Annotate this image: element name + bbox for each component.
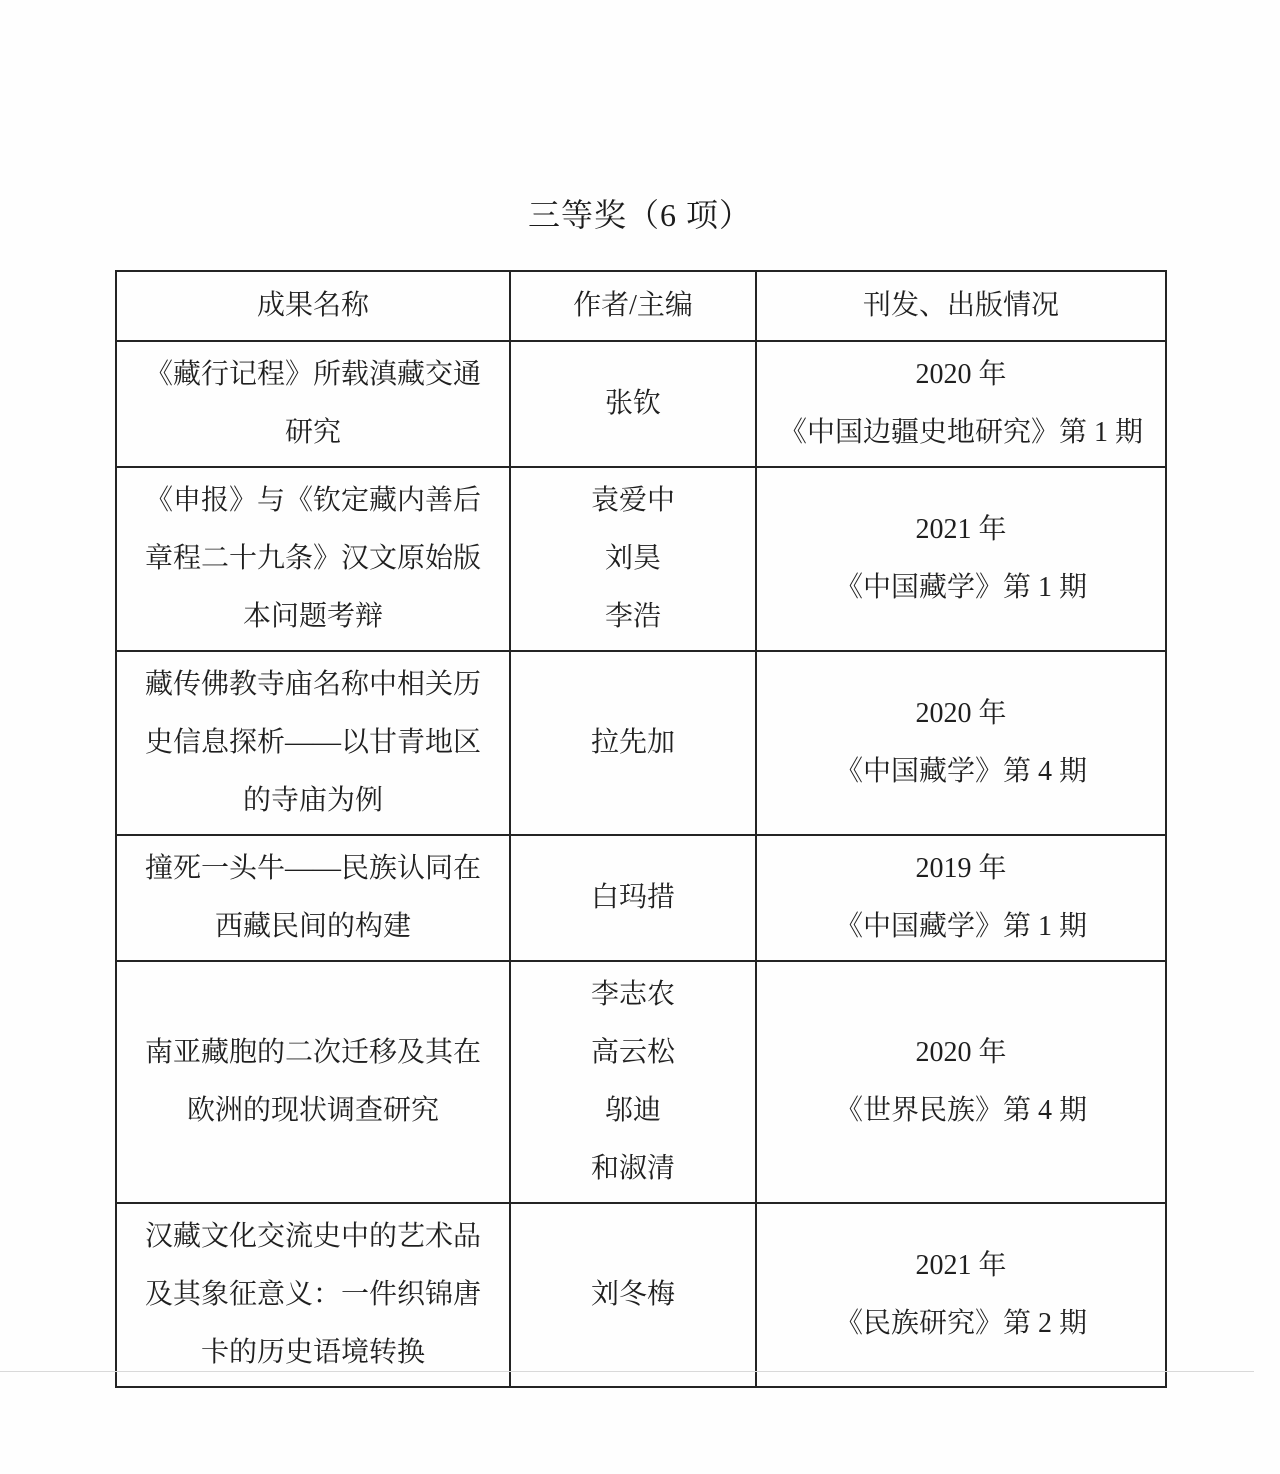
page-title: 三等奖（6 项） (0, 0, 1280, 236)
result-name-cell: 南亚藏胞的二次迁移及其在 欧洲的现状调查研究 (116, 961, 510, 1203)
publication-line: 《世界民族》第 4 期 (763, 1082, 1159, 1140)
result-name-line: 西藏民间的构建 (123, 898, 503, 956)
result-name-line: 卡的历史语境转换 (123, 1324, 503, 1382)
authors-cell: 李志农 高云松 邬迪 和淑清 (510, 961, 756, 1203)
result-name-cell: 《藏行记程》所载滇藏交通 研究 (116, 341, 510, 467)
publication-cell: 2019 年 《中国藏学》第 1 期 (756, 835, 1166, 961)
publication-line: 《中国藏学》第 1 期 (763, 898, 1159, 956)
result-name-line: 的寺庙为例 (123, 772, 503, 830)
result-name-cell: 《申报》与《钦定藏内善后 章程二十九条》汉文原始版 本问题考辩 (116, 467, 510, 651)
author-name: 刘冬梅 (517, 1266, 749, 1324)
author-name: 张钦 (517, 375, 749, 433)
publication-line: 《中国藏学》第 4 期 (763, 743, 1159, 801)
header-author-editor: 作者/主编 (510, 271, 756, 341)
result-name-line: 欧洲的现状调查研究 (123, 1082, 503, 1140)
result-name-line: 《藏行记程》所载滇藏交通 (123, 346, 503, 404)
publication-line: 《民族研究》第 2 期 (763, 1295, 1159, 1353)
publication-line: 2020 年 (763, 1024, 1159, 1082)
table-row: 《申报》与《钦定藏内善后 章程二十九条》汉文原始版 本问题考辩 袁爱中 刘昊 李… (116, 467, 1166, 651)
result-name-line: 撞死一头牛——民族认同在 (123, 840, 503, 898)
result-name-cell: 汉藏文化交流史中的艺术品 及其象征意义：一件织锦唐 卡的历史语境转换 (116, 1203, 510, 1387)
scan-artifact-line (0, 1371, 1254, 1372)
result-name-line: 南亚藏胞的二次迁移及其在 (123, 1024, 503, 1082)
result-name-cell: 藏传佛教寺庙名称中相关历 史信息探析——以甘青地区 的寺庙为例 (116, 651, 510, 835)
authors-cell: 白玛措 (510, 835, 756, 961)
authors-cell: 袁爱中 刘昊 李浩 (510, 467, 756, 651)
table-header-row: 成果名称 作者/主编 刊发、出版情况 (116, 271, 1166, 341)
publication-cell: 2020 年 《世界民族》第 4 期 (756, 961, 1166, 1203)
result-name-line: 《申报》与《钦定藏内善后 (123, 472, 503, 530)
result-name-line: 汉藏文化交流史中的艺术品 (123, 1208, 503, 1266)
publication-cell: 2020 年 《中国藏学》第 4 期 (756, 651, 1166, 835)
publication-line: 2021 年 (763, 501, 1159, 559)
result-name-line: 及其象征意义：一件织锦唐 (123, 1266, 503, 1324)
author-name: 李志农 (517, 966, 749, 1024)
publication-line: 2020 年 (763, 346, 1159, 404)
publication-line: 《中国藏学》第 1 期 (763, 559, 1159, 617)
header-publication-status: 刊发、出版情况 (756, 271, 1166, 341)
authors-cell: 刘冬梅 (510, 1203, 756, 1387)
publication-line: 《中国边疆史地研究》第 1 期 (763, 404, 1159, 462)
author-name: 和淑清 (517, 1140, 749, 1198)
publication-line: 2020 年 (763, 685, 1159, 743)
author-name: 袁爱中 (517, 472, 749, 530)
table-row: 汉藏文化交流史中的艺术品 及其象征意义：一件织锦唐 卡的历史语境转换 刘冬梅 2… (116, 1203, 1166, 1387)
header-result-name: 成果名称 (116, 271, 510, 341)
table-row: 《藏行记程》所载滇藏交通 研究 张钦 2020 年 《中国边疆史地研究》第 1 … (116, 341, 1166, 467)
publication-cell: 2021 年 《中国藏学》第 1 期 (756, 467, 1166, 651)
result-name-line: 研究 (123, 404, 503, 462)
table-row: 藏传佛教寺庙名称中相关历 史信息探析——以甘青地区 的寺庙为例 拉先加 2020… (116, 651, 1166, 835)
table-row: 南亚藏胞的二次迁移及其在 欧洲的现状调查研究 李志农 高云松 邬迪 和淑清 20… (116, 961, 1166, 1203)
result-name-line: 史信息探析——以甘青地区 (123, 714, 503, 772)
publication-line: 2019 年 (763, 840, 1159, 898)
author-name: 刘昊 (517, 530, 749, 588)
author-name: 白玛措 (517, 869, 749, 927)
author-name: 邬迪 (517, 1082, 749, 1140)
publication-cell: 2020 年 《中国边疆史地研究》第 1 期 (756, 341, 1166, 467)
awards-table: 成果名称 作者/主编 刊发、出版情况 《藏行记程》所载滇藏交通 研究 张钦 20… (115, 270, 1167, 1388)
publication-cell: 2021 年 《民族研究》第 2 期 (756, 1203, 1166, 1387)
result-name-cell: 撞死一头牛——民族认同在 西藏民间的构建 (116, 835, 510, 961)
authors-cell: 拉先加 (510, 651, 756, 835)
publication-line: 2021 年 (763, 1237, 1159, 1295)
table-row: 撞死一头牛——民族认同在 西藏民间的构建 白玛措 2019 年 《中国藏学》第 … (116, 835, 1166, 961)
document-page: 三等奖（6 项） 成果名称 作者/主编 刊发、出版情况 《藏行记程》所载滇藏交通… (0, 0, 1280, 1474)
authors-cell: 张钦 (510, 341, 756, 467)
result-name-line: 章程二十九条》汉文原始版 (123, 530, 503, 588)
result-name-line: 藏传佛教寺庙名称中相关历 (123, 656, 503, 714)
result-name-line: 本问题考辩 (123, 588, 503, 646)
author-name: 拉先加 (517, 714, 749, 772)
author-name: 高云松 (517, 1024, 749, 1082)
author-name: 李浩 (517, 588, 749, 646)
